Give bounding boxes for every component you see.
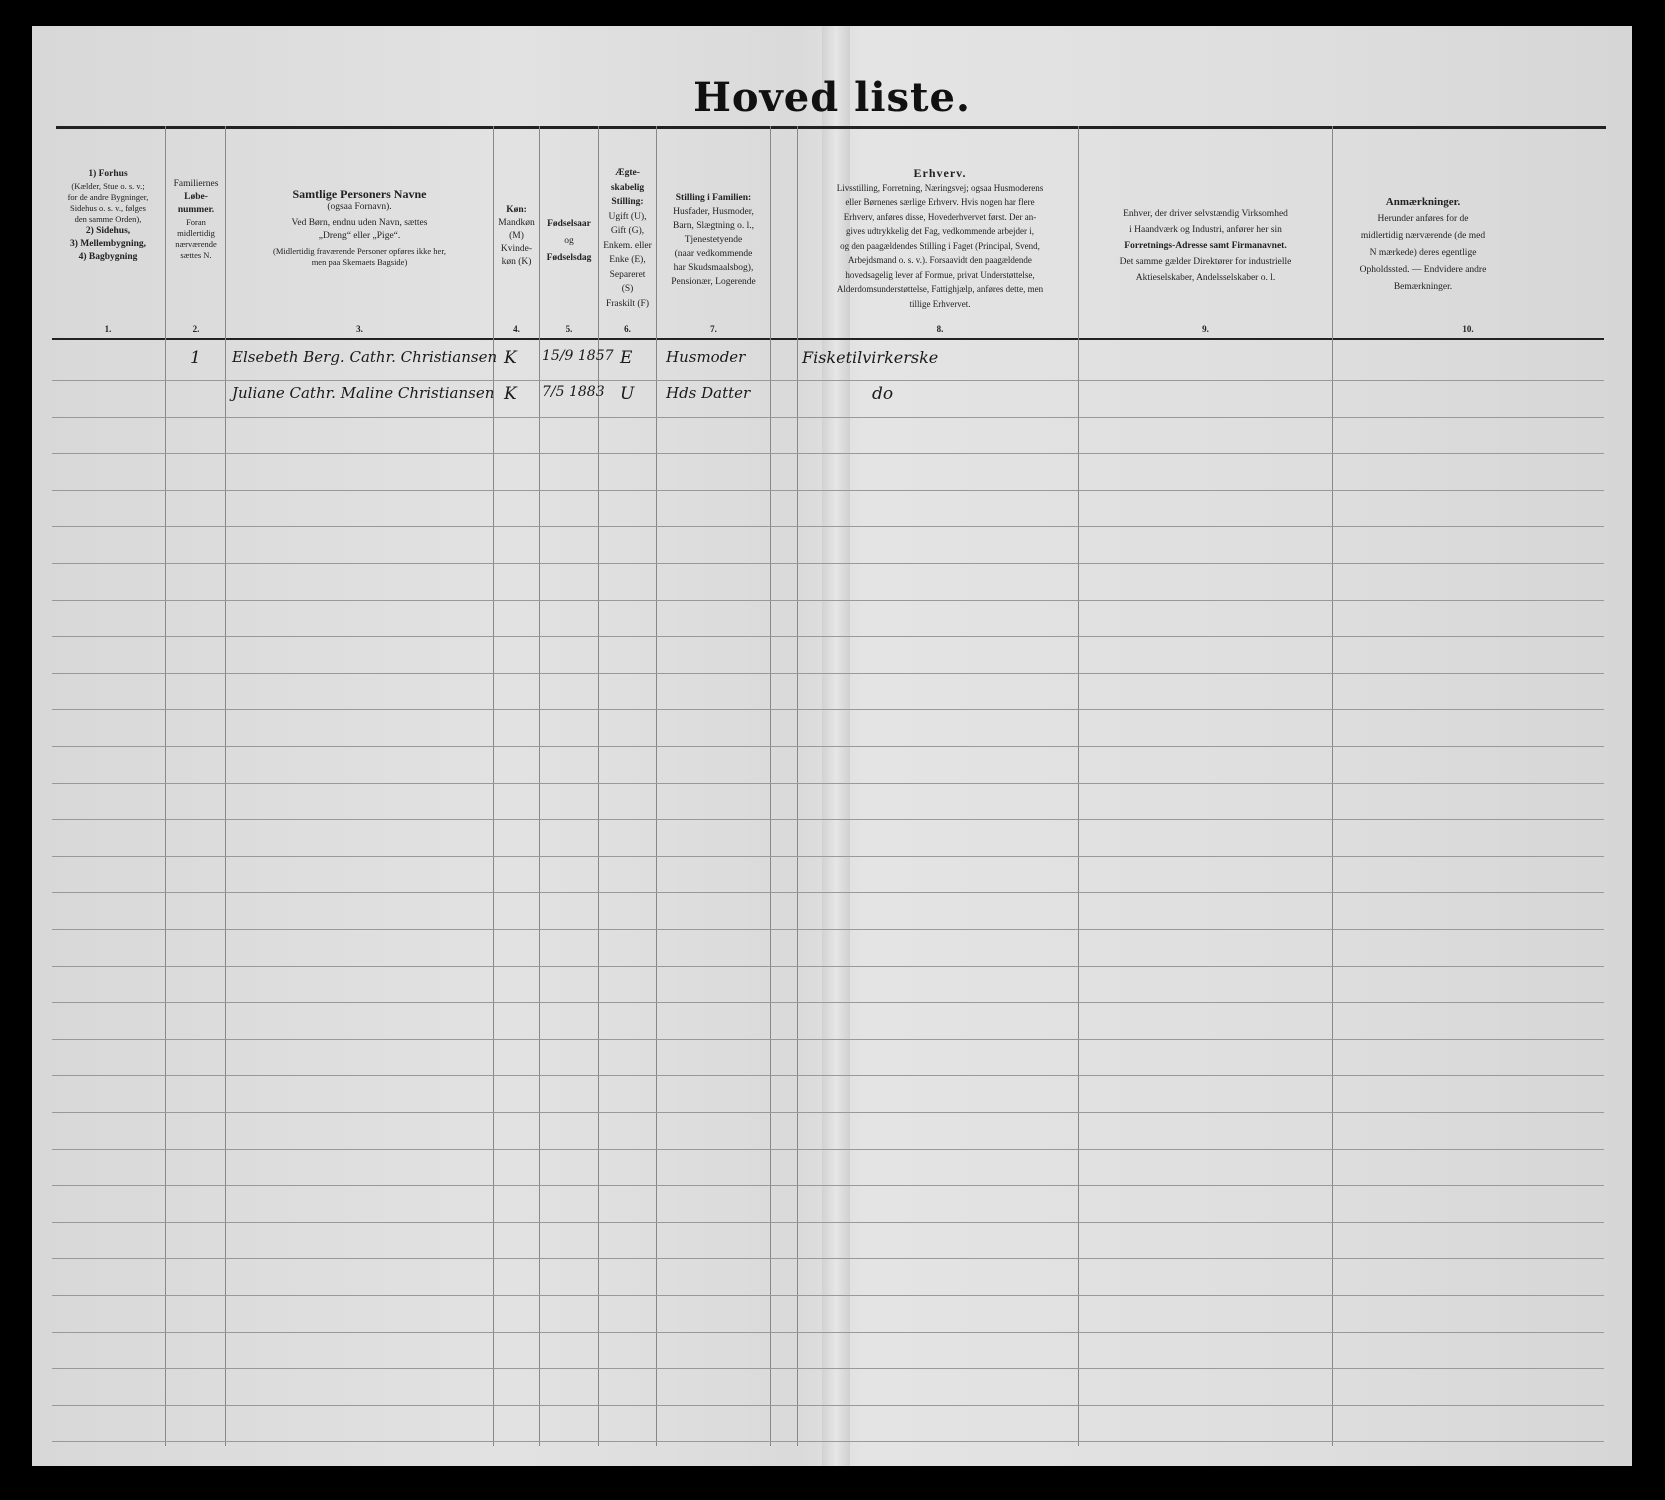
entry-occupation: do xyxy=(872,384,893,404)
row-line xyxy=(52,1002,1604,1003)
row-line xyxy=(52,856,1604,857)
entry-marital: E xyxy=(620,348,632,368)
entry-family-number: 1 xyxy=(190,348,201,368)
row-line xyxy=(52,600,1604,601)
row-line xyxy=(52,892,1604,893)
row-line xyxy=(52,709,1604,710)
form-title: Hoved liste. xyxy=(32,74,1632,121)
row-line xyxy=(52,1332,1604,1333)
census-form-page: Hoved liste. 1) Forhus (Kælder, Stue o. … xyxy=(32,26,1632,1466)
row-line xyxy=(52,417,1604,418)
row-line xyxy=(52,636,1604,637)
row-line xyxy=(52,1258,1604,1259)
col-number-9: 9. xyxy=(1079,324,1332,334)
row-line xyxy=(52,783,1604,784)
entry-occupation: Fisketilvirkerske xyxy=(802,348,938,367)
row-line xyxy=(52,1441,1604,1442)
col-number-3: 3. xyxy=(226,324,493,334)
header-col-8: Erhverv. Livsstilling, Forretning, Nærin… xyxy=(802,166,1078,311)
col-divider xyxy=(797,126,798,1446)
row-line xyxy=(52,966,1604,967)
row-line xyxy=(52,453,1604,454)
row-line xyxy=(52,1112,1604,1113)
row-line xyxy=(52,1039,1604,1040)
col-number-10: 10. xyxy=(1333,324,1603,334)
header-col-9: Enhver, der driver selvstændig Virksomhe… xyxy=(1079,206,1332,286)
col-divider xyxy=(770,126,771,1446)
row-line xyxy=(52,746,1604,747)
col-number-2: 2. xyxy=(166,324,226,334)
row-line xyxy=(52,1075,1604,1076)
entry-name: Elsebeth Berg. Cathr. Christiansen xyxy=(232,348,497,366)
row-line xyxy=(52,1222,1604,1223)
row-line xyxy=(52,1185,1604,1186)
header-rule xyxy=(52,338,1604,340)
header-col-2: Familiernes Løbe- nummer. Foran midlerti… xyxy=(166,178,226,261)
entry-birth: 7/5 1883 xyxy=(542,384,605,400)
row-line xyxy=(52,380,1604,381)
col-number-4: 4. xyxy=(494,324,539,334)
row-line xyxy=(52,526,1604,527)
entry-name: Juliane Cathr. Maline Christiansen xyxy=(232,384,494,402)
header-col-10: Anmærkninger. Herunder anføres for de mi… xyxy=(1333,194,1513,296)
row-line xyxy=(52,1149,1604,1150)
row-line xyxy=(52,929,1604,930)
entry-sex: K xyxy=(504,384,517,404)
entry-sex: K xyxy=(504,348,517,368)
row-line xyxy=(52,1368,1604,1369)
header-col-1: 1) Forhus (Kælder, Stue o. s. v.; for de… xyxy=(52,168,164,264)
row-line xyxy=(52,1295,1604,1296)
row-line xyxy=(52,1405,1604,1406)
header-col-5: Fødselsaar og Fødselsdag xyxy=(540,216,598,267)
header-col-6: Ægte- skabelig Stilling: Ugift (U), Gift… xyxy=(599,166,656,311)
top-rule xyxy=(56,126,1606,129)
row-line xyxy=(52,563,1604,564)
header-col-4: Køn: Mandkøn (M) Kvinde- køn (K) xyxy=(494,204,539,269)
col-number-7: 7. xyxy=(657,324,770,334)
row-line xyxy=(52,819,1604,820)
header-col-3: Samtlige Personers Navne (ogsaa Fornavn)… xyxy=(226,188,493,268)
header-col-7: Stilling i Familien: Husfader, Husmoder,… xyxy=(657,191,770,289)
entry-family-position: Hds Datter xyxy=(666,384,750,402)
entry-family-position: Husmoder xyxy=(666,348,745,366)
col-number-6: 6. xyxy=(599,324,656,334)
row-line xyxy=(52,490,1604,491)
row-line xyxy=(52,673,1604,674)
entry-marital: U xyxy=(620,384,634,404)
entry-birth: 15/9 1857 xyxy=(542,348,614,364)
col-number-5: 5. xyxy=(540,324,598,334)
col-number-1: 1. xyxy=(52,324,164,334)
col-number-8: 8. xyxy=(802,324,1078,334)
